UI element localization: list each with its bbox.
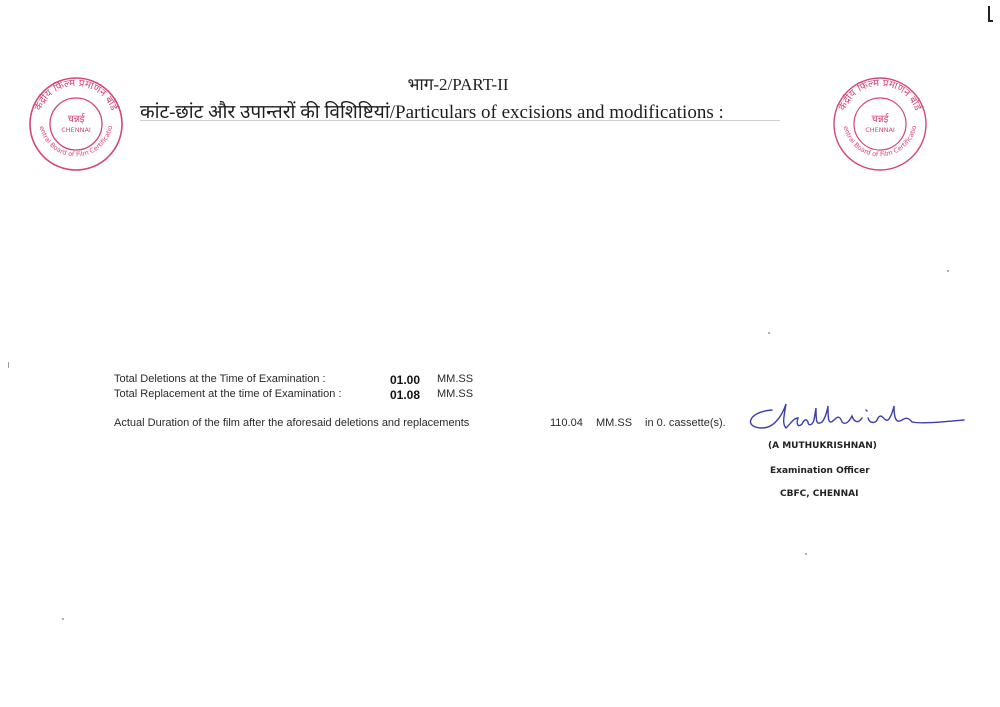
scan-speck — [768, 332, 770, 334]
signatory-office: CBFC, CHENNAI — [780, 489, 858, 499]
duration-value: 110.04 — [550, 417, 583, 429]
duration-label: Actual Duration of the film after the af… — [114, 417, 469, 429]
signatory-name: (A MUTHUKRISHNAN) — [768, 441, 877, 451]
page-edge-mark — [988, 6, 990, 22]
svg-text:CHENNAI: CHENNAI — [61, 126, 91, 134]
replacement-label: Total Replacement at the time of Examina… — [114, 388, 341, 400]
svg-text:चन्नई: चन्नई — [68, 113, 86, 125]
deletions-unit: MM.SS — [437, 373, 473, 385]
duration-row: Actual Duration of the film after the af… — [114, 417, 469, 429]
part-title: भाग-2/PART-II — [0, 72, 916, 95]
svg-text:CHENNAI: CHENNAI — [865, 126, 895, 134]
replacement-row: Total Replacement at the time of Examina… — [114, 388, 341, 400]
scan-speck — [8, 362, 9, 368]
heading-underline — [140, 120, 780, 121]
scan-speck — [62, 618, 64, 620]
scan-speck — [805, 553, 807, 555]
scan-speck — [947, 270, 949, 272]
svg-text:चन्नई: चन्नई — [872, 113, 890, 125]
signature — [742, 398, 967, 438]
replacement-unit: MM.SS — [437, 388, 473, 400]
deletions-label: Total Deletions at the Time of Examinati… — [114, 373, 326, 385]
replacement-value: 01.08 — [390, 388, 420, 402]
deletions-value: 01.00 — [390, 373, 420, 387]
signatory-designation: Examination Officer — [770, 466, 870, 476]
duration-unit: MM.SS — [596, 417, 632, 429]
cassettes-text: in 0. cassette(s). — [645, 417, 726, 429]
deletions-row: Total Deletions at the Time of Examinati… — [114, 373, 326, 385]
